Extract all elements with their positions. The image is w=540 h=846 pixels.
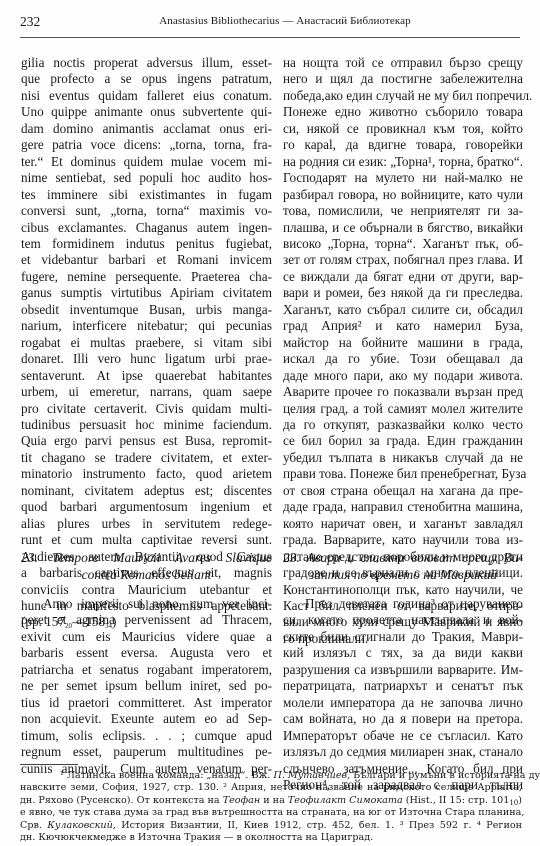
text-line: regnum esset, pauperum multitudines pe- xyxy=(21,744,272,760)
text-line: прави това. Понеже бил пренебрегнат, Буз… xyxy=(283,466,523,482)
text-line: град Априя² и като намерил Буза, xyxy=(283,318,523,334)
text-line: et videbantur barbari et Romani invicem xyxy=(21,252,272,268)
text-line: да го откупят, разказвайки колко често xyxy=(283,417,523,433)
text-line: nime sentiebat, sed populi hoc audito ho… xyxy=(21,170,272,186)
footnote-line: Срв. Кулаковский, История Византии, II, … xyxy=(20,820,522,832)
text-line: Аварите прочее го показвали вързан пред xyxy=(283,384,523,400)
text-line: pro civitate certaverit. Civis quidam mu… xyxy=(21,401,272,417)
text-line: победа,ако един случай не му бил попречи… xyxy=(283,88,523,104)
text-line: молели императора да не започва лично xyxy=(283,695,523,711)
text-line: Понеже едно животно съборило товара xyxy=(283,104,523,120)
text-line: на нощта той се отправил бързо срещу xyxy=(283,55,523,71)
text-line: си, някой се провикнал към тоя, който xyxy=(283,121,523,137)
text-line: ter.“ Et dominus quidem mulae vocem mi- xyxy=(21,154,272,170)
text-line: това, помислили, че неприятелят ги за- xyxy=(283,203,523,219)
text-line: tem formidinem indutus penitus fugiebat, xyxy=(21,236,272,252)
text-line: ne per semet ipsum bellum iniret, sed po… xyxy=(21,678,272,694)
book-page: 232 Anastasius Bibliothecarius — Анастас… xyxy=(0,0,540,846)
text-line: си, когато пролетта настъпвала и вой- xyxy=(283,612,523,628)
text-line: града. Варварите, като научили това из- xyxy=(283,532,523,548)
footnote-line: навските земи, София, 1927, стр. 130. ² … xyxy=(20,782,522,794)
text-line: от своя страна обещал на хагана да пре- xyxy=(283,483,523,499)
text-line: alias plures urbes in servitutem redege- xyxy=(21,516,272,532)
text-line: fugere, nemine persequente. Praeterea ch… xyxy=(21,269,272,285)
text-line: nisi eventus quidam falleret eius conatu… xyxy=(21,88,272,104)
text-line: peret et agmina pervenissent ad Thracem, xyxy=(21,612,272,628)
footnote-rule xyxy=(20,764,78,765)
text-line: dam domino animantis acclamat onus eri- xyxy=(21,121,272,137)
text-line: вари и ромеи, без някой да ги преследва. xyxy=(283,285,523,301)
text-line: целия град, а той самият молел жителите xyxy=(283,401,523,417)
text-line: ganus sumptis virtutibus Apiriam civitat… xyxy=(21,285,272,301)
text-line: tit chagano se tradere civitatem, et ext… xyxy=(21,450,272,466)
text-line: Anno imperii sui nono, cum ver inci- xyxy=(21,596,272,612)
text-line: През деветата година³ от царуването xyxy=(283,596,523,612)
page-header: 232 Anastasius Bibliothecarius — Анастас… xyxy=(20,14,520,34)
footnote-line: дн. Кючюкчекмедже в Източна Тракия — в о… xyxy=(20,832,522,844)
text-line: patriarcha et senatus rogabant imperator… xyxy=(21,662,272,678)
text-line: runt et cum multa captivitae reversi sun… xyxy=(21,532,272,548)
text-line: Uno quippe animante onus subvertente qui… xyxy=(21,104,272,120)
text-line: nominant, civitatem adeptus est; discent… xyxy=(21,483,272,499)
text-line: ските били стигнали до Тракия, Маври- xyxy=(283,629,523,645)
text-line: даде града, направил стенобитна машина, xyxy=(283,499,523,515)
text-line: убедил тълпата в никакъв случай да не xyxy=(283,450,523,466)
text-line: Императорът обаче не се съгласил. Като xyxy=(283,728,523,744)
text-line: tudinibus persuasit hoc minime faciendum… xyxy=(21,417,272,433)
text-line: го караl, да вдигне товара, говорейки xyxy=(283,137,523,153)
text-line: майстор на бойните машини в града, xyxy=(283,335,523,351)
latin-text-column: gilia noctis properat adversus illum, es… xyxy=(21,55,272,631)
footnote-line: дн. Ряхово (Русенско). От контекста на Т… xyxy=(20,795,522,807)
text-line: gilia noctis properat adversus illum, es… xyxy=(21,55,272,71)
text-line: tius id praetori committeret. Ast impera… xyxy=(21,695,272,711)
footnote-line: ¹ Латинска военна команда: „назад“. Вж. … xyxy=(20,770,522,782)
text-line: Хаганът, като събрал силите си, обсадил xyxy=(283,302,523,318)
text-line: urbem, ui emeretur, narrans, quam saepe xyxy=(21,384,272,400)
text-line: разбирал говора, но войниците, като чули xyxy=(283,187,523,203)
text-line: non acquievit. Exeunte autem eo ad Sep- xyxy=(21,711,272,727)
text-line: minatorio instrumento facto, quod ariete… xyxy=(21,466,272,482)
section-title-bulgarian: 23. Авари и славяни воюват срещу Ви- зан… xyxy=(283,549,523,583)
text-line: искал да го убие. Този обещавал да xyxy=(283,351,523,367)
text-line: даде много пари, ако му подари живота. xyxy=(283,368,523,384)
text-line: него и щял да постигне забележителна xyxy=(283,71,523,87)
text-line: ператрицата, патриархът и сенатът пък xyxy=(283,678,523,694)
text-line: que profecto a se opus ingens patratum, xyxy=(21,71,272,87)
text-line: разрушения са извършили варварите. Им- xyxy=(283,662,523,678)
text-line: се бил борил за града. Един гражданин xyxy=(283,433,523,449)
text-line: obsedit inventumque Busan, urbis manga- xyxy=(21,302,272,318)
text-line: кий излязъл с тях, за да види какви xyxy=(283,645,523,661)
footnote-line: е явно, че тук става дума за град във въ… xyxy=(20,807,522,819)
latin-section-text: Anno imperii sui nono, cum ver inci- per… xyxy=(21,596,272,777)
text-line: зет от голям страх, побягнал през глава.… xyxy=(283,252,523,268)
footnotes: ¹ Латинска военна команда: „назад“. Вж. … xyxy=(20,770,522,844)
text-line: високо „Торна, торна“. Хаганът пък, об- xyxy=(283,236,523,252)
text-line: barbaris essent eversa. Augusta vero et xyxy=(21,645,272,661)
text-line: cibus exclamantes. Chaganus autem ingen- xyxy=(21,220,272,236)
header-rule xyxy=(20,37,520,38)
text-line: narium, interficere nitebatur; qui pecun… xyxy=(21,318,272,334)
text-line: exivit cum eis Mauricius videre quae a xyxy=(21,629,272,645)
text-line: на родния си език: „Торна¹, торна, братк… xyxy=(283,154,523,170)
text-line: donaret. Illi vero hunc ligatum urbi pra… xyxy=(21,351,272,367)
text-line: tes imminere sibi existimantes in fugam xyxy=(21,187,272,203)
text-line: quod barbari argumentosum ingenium et xyxy=(21,499,272,515)
bulgarian-section-text: През деветата година³ от царуването си, … xyxy=(283,596,523,793)
text-line: sentaverunt. At ipse quaerebat habitante… xyxy=(21,368,272,384)
text-line: сам войната, но да я повери на претора. xyxy=(283,711,523,727)
text-line: rogabat ei multas praebere, si vitam sib… xyxy=(21,335,272,351)
text-line: се виждали да бягат едни от други, вар- xyxy=(283,269,523,285)
section-title-latin: 23. Tempore Mauricii Avares Slavique con… xyxy=(21,549,272,583)
text-line: Господарят на мулето ни най-малко не xyxy=(283,170,523,186)
text-line: Quia ergo parvi pensus est Busa, repromi… xyxy=(21,433,272,449)
text-line: conversi sunt, „torna, torna“ maximis vo… xyxy=(21,203,272,219)
text-line: gere patria voce dicens: „torna, torna, … xyxy=(21,137,272,153)
text-line: която наричат овен, и хаганът завладял xyxy=(283,516,523,532)
text-line: timum, solis eclipsis. . . ; cumque apud xyxy=(21,728,272,744)
running-head: Anastasius Bibliothecarius — Анастасий Б… xyxy=(20,15,520,27)
text-line: излязъл до седмия милиарен знак, станало xyxy=(283,744,523,760)
text-line: плашва, и се обърнали в бягство, викайки xyxy=(283,220,523,236)
